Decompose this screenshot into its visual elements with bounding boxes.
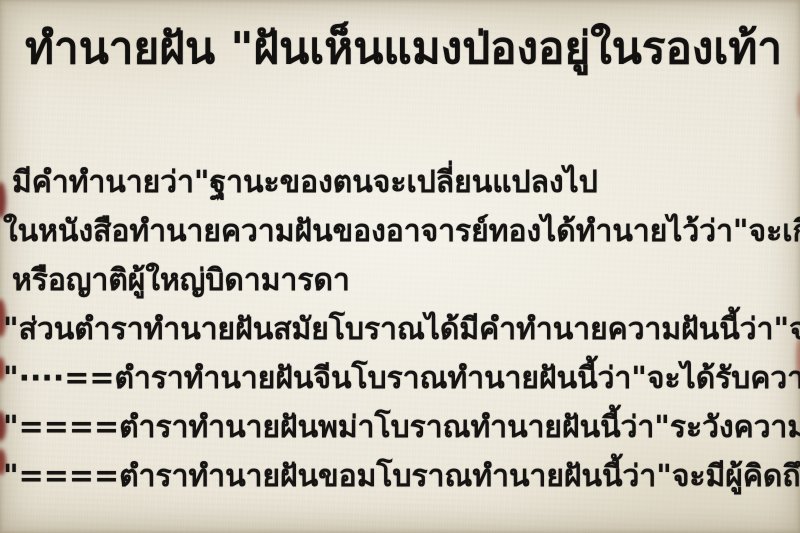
page-title: ทำนายฝัน "ฝันเห็นแมงป่องอยู่ในรองเท้า ": [25, 18, 800, 80]
interpretation-line: หรือญาติผู้ใหญ่บิดามารดา: [0, 256, 800, 305]
interpretation-line: มีคำทำนายว่า"ฐานะของตนจะเปลี่ยนแปลงไป: [0, 158, 800, 207]
interpretation-line: ในหนังสือทำนายความฝันของอาจารย์ทองได้ทำน…: [0, 207, 800, 256]
dream-interpretation-page: ทำนายฝัน "ฝันเห็นแมงป่องอยู่ในรองเท้า " …: [0, 0, 800, 533]
interpretation-line: "ส่วนตำราทำนายฝันสมัยโบราณได้มีคำทำนายคว…: [0, 305, 800, 354]
interpretation-line: "====ตำราทำนายฝันพม่าโบราณทำนายฝันนี้ว่า…: [0, 403, 800, 452]
interpretation-line: "====ตำราทำนายฝันขอมโบราณทำนายฝันนี้ว่า"…: [0, 452, 800, 501]
interpretation-text-block: มีคำทำนายว่า"ฐานะของตนจะเปลี่ยนแปลงไป ใน…: [0, 158, 800, 501]
interpretation-line: "····==ตำราทำนายฝันจีนโบราณทำนายฝันนี้ว่…: [0, 354, 800, 403]
